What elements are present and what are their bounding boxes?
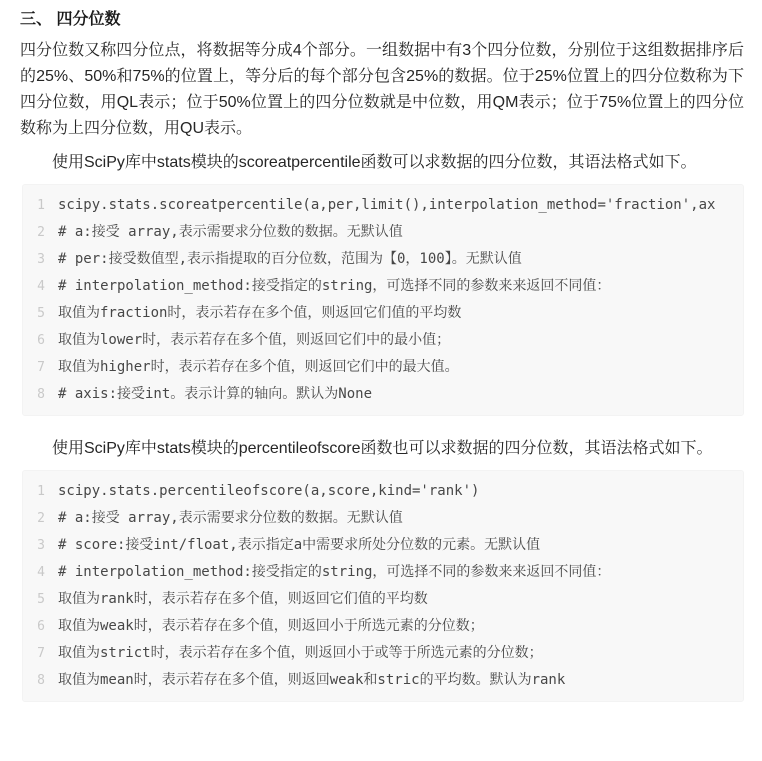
- line-number: 1: [23, 192, 58, 219]
- line-number: 6: [23, 613, 58, 640]
- code-block-percentileofscore: 1 scipy.stats.percentileofscore(a,score,…: [22, 470, 744, 702]
- document-body: 三、 四分位数 四分位数又称四分位点，将数据等分成4个部分。一组数据中有3个四分…: [0, 0, 762, 702]
- code-line: 7 取值为strict时，表示若存在多个值，则返回小于或等于所选元素的分位数；: [23, 640, 743, 667]
- code-text: 取值为strict时，表示若存在多个值，则返回小于或等于所选元素的分位数；: [58, 640, 743, 667]
- code-text: 取值为mean时，表示若存在多个值，则返回weak和stric的平均数。默认为r…: [58, 667, 743, 694]
- code-text: 取值为lower时，表示若存在多个值，则返回它们中的最小值；: [58, 327, 743, 354]
- line-number: 5: [23, 586, 58, 613]
- code-line: 3 # score:接受int/float,表示指定a中需要求所处分位数的元素。…: [23, 532, 743, 559]
- code-line: 2 # a:接受 array,表示需要求分位数的数据。无默认值: [23, 219, 743, 246]
- section-title: 三、 四分位数: [20, 10, 744, 30]
- line-number: 2: [23, 219, 58, 246]
- code-text: scipy.stats.percentileofscore(a,score,ki…: [58, 478, 743, 505]
- paragraph-scoreatpercentile-intro: 使用SciPy库中stats模块的scoreatpercentile函数可以求数…: [20, 150, 744, 176]
- code-text: # interpolation_method:接受指定的string，可选择不同…: [58, 559, 743, 586]
- line-number: 7: [23, 640, 58, 667]
- code-line: 6 取值为weak时，表示若存在多个值，则返回小于所选元素的分位数；: [23, 613, 743, 640]
- code-line: 1 scipy.stats.percentileofscore(a,score,…: [23, 478, 743, 505]
- code-line: 5 取值为fraction时，表示若存在多个值，则返回它们值的平均数: [23, 300, 743, 327]
- code-line: 5 取值为rank时，表示若存在多个值，则返回它们值的平均数: [23, 586, 743, 613]
- line-number: 4: [23, 273, 58, 300]
- code-line: 4 # interpolation_method:接受指定的string，可选择…: [23, 559, 743, 586]
- code-line: 4 # interpolation_method:接受指定的string，可选择…: [23, 273, 743, 300]
- code-text: 取值为higher时，表示若存在多个值，则返回它们中的最大值。: [58, 354, 743, 381]
- code-text: 取值为weak时，表示若存在多个值，则返回小于所选元素的分位数；: [58, 613, 743, 640]
- line-number: 2: [23, 505, 58, 532]
- line-number: 8: [23, 381, 58, 408]
- code-line: 1 scipy.stats.scoreatpercentile(a,per,li…: [23, 192, 743, 219]
- line-number: 7: [23, 354, 58, 381]
- line-number: 5: [23, 300, 58, 327]
- code-text: # a:接受 array,表示需要求分位数的数据。无默认值: [58, 219, 743, 246]
- code-line: 7 取值为higher时，表示若存在多个值，则返回它们中的最大值。: [23, 354, 743, 381]
- code-line: 6 取值为lower时，表示若存在多个值，则返回它们中的最小值；: [23, 327, 743, 354]
- line-number: 1: [23, 478, 58, 505]
- line-number: 3: [23, 246, 58, 273]
- code-text: # axis:接受int。表示计算的轴向。默认为None: [58, 381, 743, 408]
- line-number: 8: [23, 667, 58, 694]
- code-text: # score:接受int/float,表示指定a中需要求所处分位数的元素。无默…: [58, 532, 743, 559]
- code-block-scoreatpercentile: 1 scipy.stats.scoreatpercentile(a,per,li…: [22, 184, 744, 416]
- code-text: 取值为rank时，表示若存在多个值，则返回它们值的平均数: [58, 586, 743, 613]
- code-line: 2 # a:接受 array,表示需要求分位数的数据。无默认值: [23, 505, 743, 532]
- code-text: # per:接受数值型,表示指提取的百分位数，范围为【0，100】。无默认值: [58, 246, 743, 273]
- paragraph-percentileofscore-intro: 使用SciPy库中stats模块的percentileofscore函数也可以求…: [20, 436, 744, 462]
- code-text: 取值为fraction时，表示若存在多个值，则返回它们值的平均数: [58, 300, 743, 327]
- code-text: scipy.stats.scoreatpercentile(a,per,limi…: [58, 192, 743, 219]
- line-number: 4: [23, 559, 58, 586]
- code-text: # a:接受 array,表示需要求分位数的数据。无默认值: [58, 505, 743, 532]
- paragraph-quartile-intro: 四分位数又称四分位点，将数据等分成4个部分。一组数据中有3个四分位数，分别位于这…: [20, 38, 744, 142]
- line-number: 6: [23, 327, 58, 354]
- code-line: 8 取值为mean时，表示若存在多个值，则返回weak和stric的平均数。默认…: [23, 667, 743, 694]
- code-text: # interpolation_method:接受指定的string，可选择不同…: [58, 273, 743, 300]
- code-line: 8 # axis:接受int。表示计算的轴向。默认为None: [23, 381, 743, 408]
- line-number: 3: [23, 532, 58, 559]
- code-line: 3 # per:接受数值型,表示指提取的百分位数，范围为【0，100】。无默认值: [23, 246, 743, 273]
